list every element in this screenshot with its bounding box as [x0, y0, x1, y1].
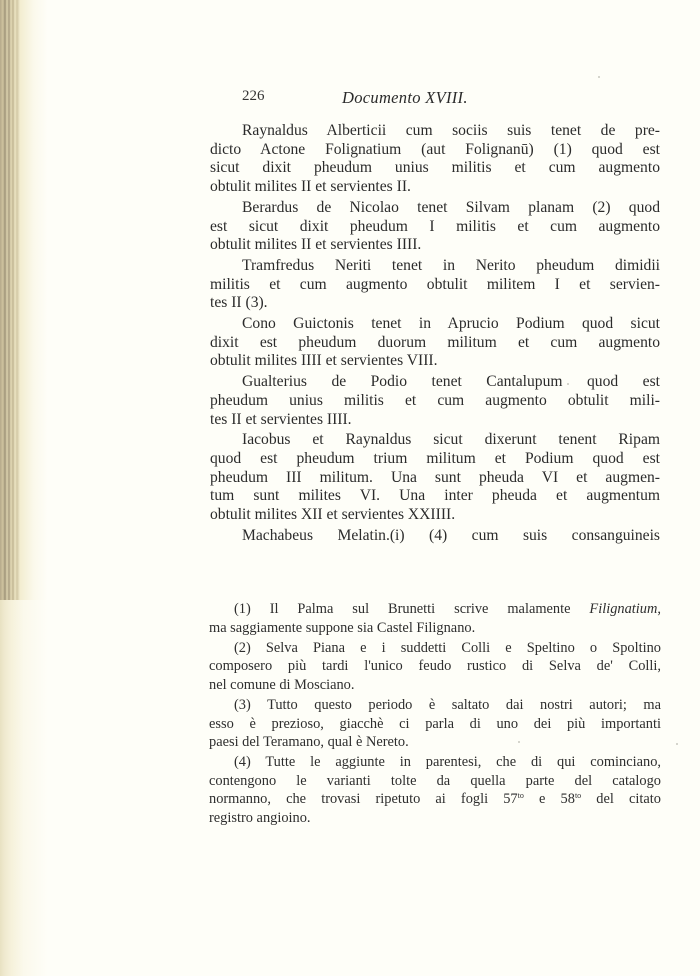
text-line: obtulit milites XII et servientes XXIIII… — [210, 506, 660, 525]
text-line: militis et cum augmento obtulit militem … — [210, 276, 660, 295]
text-line: tes II (3). — [210, 294, 660, 313]
footnote-line: (1) Il Palma sul Brunetti scrive malamen… — [209, 600, 661, 619]
page-number: 226 — [242, 88, 265, 105]
text-line: quod est pheudum trium militum et Podium… — [210, 450, 660, 469]
footnote-line: (2) Selva Piana e i suddetti Colli e Spe… — [209, 639, 661, 658]
footnote-marker: (3) — [234, 697, 267, 713]
footnote: (2) Selva Piana e i suddetti Colli e Spe… — [209, 639, 661, 695]
footnote-line: paesi del Teramano, qual è Nereto. — [209, 733, 661, 752]
footnote-line: (3) Tutto questo periodo è saltato dai n… — [209, 696, 661, 715]
footnote-line: composero più tardi l'unico feudo rustic… — [209, 657, 661, 676]
footnote-line: normanno, che trovasi ripetuto ai fogli … — [209, 790, 661, 809]
paper-speck — [641, 166, 643, 168]
footnote-marker: (4) — [234, 754, 265, 770]
text-line: Cono Guictonis tenet in Aprucio Podium q… — [210, 315, 660, 334]
paper-speck — [567, 383, 569, 385]
text-line: sicut dixit pheudum unius militis et cum… — [210, 159, 660, 178]
paper-speck — [676, 743, 678, 745]
book-page: 226 Documento XVIII. Raynaldus Albertici… — [0, 0, 700, 976]
footnote: (1) Il Palma sul Brunetti scrive malamen… — [209, 600, 661, 637]
paper-speck — [598, 76, 600, 78]
running-title: Documento XVIII. — [342, 88, 468, 108]
paragraph: Cono Guictonis tenet in Aprucio Podium q… — [210, 315, 660, 371]
text-line: dixit est pheudum duorum militum et cum … — [210, 334, 660, 353]
text-line: Machabeus Melatin.(i) (4) cum suis consa… — [210, 527, 660, 546]
paragraph: Berardus de Nicolao tenet Silvam planam … — [210, 199, 660, 255]
text-line: tum sunt milites VI. Una inter pheuda et… — [210, 487, 660, 506]
footnote-line: (4) Tutte le aggiunte in parentesi, che … — [209, 753, 661, 772]
page-header: 226 Documento XVIII. — [242, 88, 662, 110]
text-line: est sicut dixit pheudum I militis et cum… — [210, 218, 660, 237]
paragraph: Tramfredus Neriti tenet in Nerito pheudu… — [210, 257, 660, 313]
text-line: Berardus de Nicolao tenet Silvam planam … — [210, 199, 660, 218]
footnote-line: esso è prezioso, giacchè ci parla di uno… — [209, 715, 661, 734]
footnote: (3) Tutto questo periodo è saltato dai n… — [209, 696, 661, 752]
footnote: (4) Tutte le aggiunte in parentesi, che … — [209, 753, 661, 827]
main-text: Raynaldus Alberticii cum sociis suis ten… — [210, 122, 660, 545]
footnote-marker: (1) — [234, 601, 270, 617]
text-line: dicto Actone Folignatium (aut Folignanū)… — [210, 141, 660, 160]
paragraph: Raynaldus Alberticii cum sociis suis ten… — [210, 122, 660, 197]
text-line: pheudum III militum. Una sunt pheuda VI … — [210, 469, 660, 488]
text-line: obtulit milites II et servientes II. — [210, 178, 660, 197]
paper-speck — [518, 741, 520, 743]
footnotes: (1) Il Palma sul Brunetti scrive malamen… — [209, 600, 661, 828]
footnote-marker: (2) — [234, 640, 266, 656]
paragraph: Machabeus Melatin.(i) (4) cum suis consa… — [210, 527, 660, 546]
footnote-line: nel comune di Mosciano. — [209, 676, 661, 695]
paragraph: Gualterius de Podio tenet Cantalupum quo… — [210, 373, 660, 429]
text-line: Iacobus et Raynaldus sicut dixerunt tene… — [210, 431, 660, 450]
text-line: pheudum unius militis et cum augmento ob… — [210, 392, 660, 411]
footnote-line: ma saggiamente suppone sia Castel Filign… — [209, 619, 661, 638]
text-line: Raynaldus Alberticii cum sociis suis ten… — [210, 122, 660, 141]
text-line: obtulit milites IIII et servientes VIII. — [210, 352, 660, 371]
text-line: obtulit milites II et servientes IIII. — [210, 236, 660, 255]
text-line: Gualterius de Podio tenet Cantalupum quo… — [210, 373, 660, 392]
text-line: tes II et servientes IIII. — [210, 411, 660, 430]
paragraph: Iacobus et Raynaldus sicut dixerunt tene… — [210, 431, 660, 525]
footnote-line: registro angioino. — [209, 809, 661, 828]
text-line: Tramfredus Neriti tenet in Nerito pheudu… — [210, 257, 660, 276]
footnote-line: contengono le varianti tolte da quella p… — [209, 772, 661, 791]
